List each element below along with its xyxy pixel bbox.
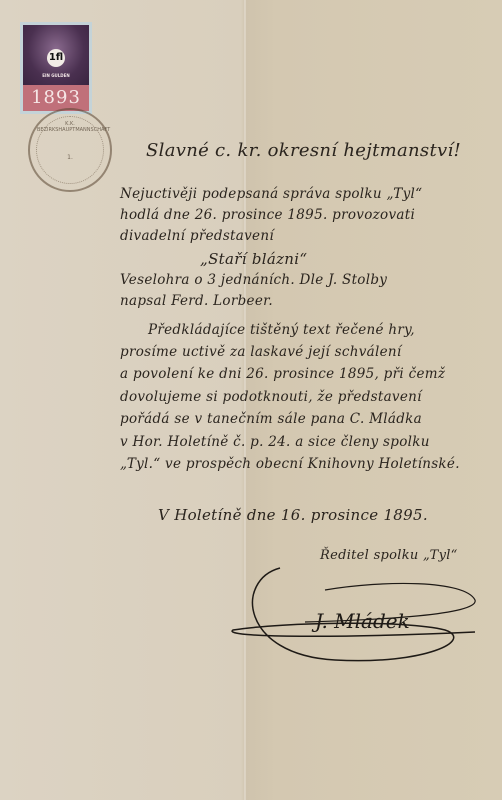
letter-line-2-text: hodlá dne 26. prosince 1895. provozovati bbox=[120, 207, 415, 223]
official-seal: K.K. BEZIRKSHAUPTMANNSCHAFT 1. bbox=[28, 108, 112, 192]
letter-line-1: Nejuctivěji podepsaná správa spolku „Tyl… bbox=[120, 186, 422, 202]
seal-inner: 1. bbox=[30, 154, 110, 161]
letter-line-6: napsal Ferd. Lorbeer. bbox=[120, 293, 273, 309]
letter-line-11: pořádá se v tanečním sále pana C. Mládka bbox=[120, 411, 422, 427]
letter-line-9: a povolení ke dni 26. prosince 1895, při… bbox=[120, 366, 445, 382]
revenue-stamp: 1fl EIN GULDEN 1893 bbox=[20, 22, 92, 114]
letter-line-5: Veselohra o 3 jednáních. Dle J. Stolby bbox=[120, 272, 387, 288]
letter-line-10: dovolujeme si podotknouti, že představen… bbox=[120, 389, 422, 405]
letter-line-3: divadelní představení bbox=[120, 228, 274, 244]
stamp-value: 1fl bbox=[47, 49, 65, 67]
play-title: „Staří blázni“ bbox=[200, 250, 307, 268]
letter-line-13: „Tyl.“ ve prospěch obecní Knihovny Holet… bbox=[120, 456, 460, 472]
letter-line-12: v Hor. Holetíně č. p. 24. a sice členy s… bbox=[120, 434, 430, 450]
place-and-date: V Holetíně dne 16. prosince 1895. bbox=[158, 506, 428, 524]
seal-text: K.K. BEZIRKSHAUPTMANNSCHAFT bbox=[36, 116, 104, 184]
stamp-subtitle: EIN GULDEN bbox=[23, 73, 89, 78]
letter-line-7: Předkládajíce tištěný text řečené hry, bbox=[148, 322, 415, 338]
letter-line-2: hodlá dne 26. prosince 1895. provozovati bbox=[120, 207, 415, 223]
letter-page: 1fl EIN GULDEN 1893 K.K. BEZIRKSHAUPTMAN… bbox=[0, 0, 502, 800]
letter-line-8: prosíme uctivě za laskavé její schválení bbox=[120, 344, 402, 360]
signature-name: J. Mládek bbox=[311, 609, 410, 633]
stamp-year: 1893 bbox=[23, 85, 89, 111]
signature-flourish: J. Mládek bbox=[225, 560, 485, 670]
salutation: Slavné c. kr. okresní hejtmanství! bbox=[146, 140, 461, 161]
